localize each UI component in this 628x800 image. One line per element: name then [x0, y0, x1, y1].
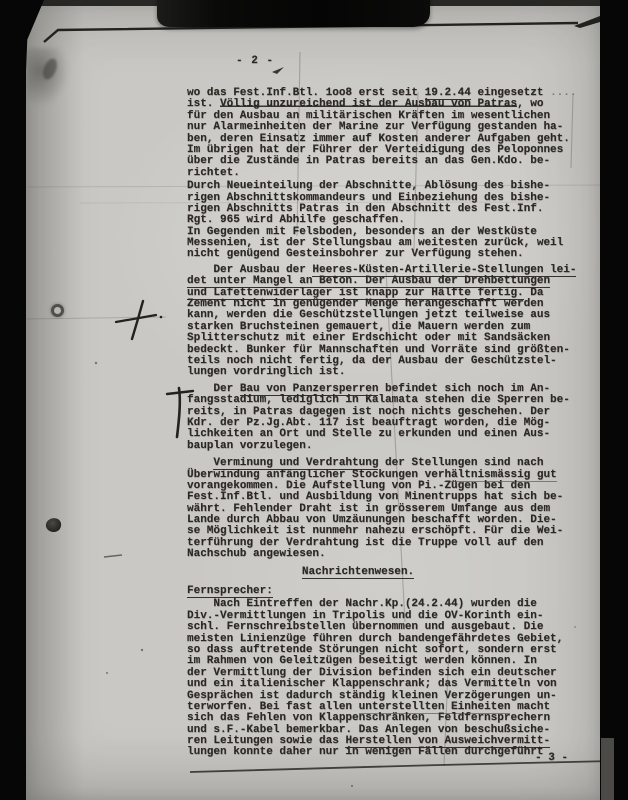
- text-line: über die Zustände in Patras bereits an d…: [187, 156, 591, 167]
- paragraph: Nachrichtenwesen.: [187, 567, 591, 578]
- text-line: bauplan vorzulegen.: [187, 441, 591, 452]
- text-line: Fernsprecher:: [187, 586, 591, 597]
- text-segment: Nachrichtenwesen.: [302, 566, 414, 579]
- text-segment: rigen Abschnittskommandeurs und Einbezie…: [187, 192, 550, 204]
- text-segment: bedeckt. Bunker für Mannschaften und Vor…: [187, 344, 570, 356]
- paragraph: wo das Fest.Inf.Btl. 1oo8 erst seit 19.2…: [187, 88, 591, 179]
- text-line: Nachrichtenwesen.: [187, 567, 529, 578]
- text-segment: lichkeiten an Ort und Stelle zu erkunden…: [187, 428, 550, 440]
- punch-hole: [51, 304, 64, 317]
- binding-edge-shadow: [26, 0, 84, 800]
- text-segment: [187, 457, 213, 469]
- text-segment: im Rahmen von Geleitzügen beseitigt werd…: [187, 655, 537, 667]
- page-number-top: - 2 -: [236, 55, 274, 67]
- text-segment: Splitterschutz mit einer Erdschicht oder…: [187, 332, 550, 344]
- text-segment: schl. Fernschreibstellen übernommen und …: [187, 621, 543, 633]
- text-segment: Rgt. 965 wird Abhilfe geschaffen.: [187, 214, 405, 226]
- text-segment: lungen vordringlich ist.: [187, 366, 345, 378]
- text-segment: für den Ausbau an militärischen Kräften …: [187, 110, 550, 122]
- text-segment: Fest.Inf.Btl. und Ausbildung von Minentr…: [187, 491, 563, 503]
- text-segment: währt. Fehlender Draht ist in grösserem …: [187, 503, 550, 515]
- text-segment: Nachschub angewiesen.: [187, 548, 326, 560]
- text-segment: Der: [187, 383, 240, 395]
- text-segment: starken Bruchsteinen gemauert, die Mauer…: [187, 321, 530, 333]
- text-segment: Durch Neueinteilung der Abschnitte, Ablö…: [187, 180, 550, 192]
- text-segment: , wo: [517, 98, 543, 110]
- text-segment: ben, deren Einsatz immer auf Kosten ande…: [187, 133, 570, 145]
- film-border-right: [600, 0, 628, 800]
- paragraph: Verminung und Verdrahtung der Stellungen…: [187, 458, 591, 561]
- text-segment: befindet sich noch im An-: [378, 383, 550, 395]
- text-segment: Gesprächen ist dadurch ständig kleinen V…: [187, 690, 557, 702]
- text-line: richtet.: [187, 168, 591, 179]
- text-segment: Völlig unzureichend ist der Ausbau von P…: [220, 98, 517, 110]
- text-line: lungen konnte daher nur in wenigen Fälle…: [187, 747, 591, 758]
- paragraph: Der Bau von Panzersperren befindet sich …: [187, 384, 591, 452]
- typewritten-text: wo das Fest.Inf.Btl. 1oo8 erst seit 19.2…: [187, 88, 591, 759]
- text-segment: Nach Eintreffen der Nachr.Kp.(24.2.44) w…: [187, 598, 537, 610]
- text-segment: und ein italienischer Klappenschrank; da…: [187, 678, 557, 690]
- text-segment: nicht genügend Gesteinsbohrer zur Verfüg…: [187, 248, 524, 260]
- text-segment: ist.: [187, 98, 220, 110]
- text-segment: meisten Linienzüge führen durch bandenge…: [187, 633, 563, 645]
- text-line: nicht genügend Gesteinsbohrer zur Verfüg…: [187, 249, 591, 260]
- text-segment: In Gegenden mit Felsboden, besonders an …: [187, 226, 537, 238]
- text-segment: reits, in Patras dagegen ist noch nichts…: [187, 406, 550, 418]
- text-segment: se Möglichkeit ist nunmehr nahezu erschö…: [187, 525, 563, 537]
- text-segment: richtet.: [187, 167, 240, 179]
- text-segment: Überwindung anfänglicher Stockungen ver: [187, 469, 444, 481]
- text-segment: Fernsprecher:: [187, 585, 273, 598]
- text-segment: Da: [524, 287, 544, 299]
- paragraph: Durch Neueinteilung der Abschnitte, Ablö…: [187, 181, 591, 261]
- paragraph: Nach Eintreffen der Nachr.Kp.(24.2.44) w…: [187, 599, 591, 758]
- film-artifact-blob: [157, 0, 430, 27]
- text-segment: und s.F.-Kabel bemerkbar. Das Anlegen vo…: [187, 724, 550, 736]
- text-line: lungen vordringlich ist.: [187, 367, 591, 378]
- text-segment: über die Zustände in Patras bereits an d…: [187, 155, 550, 167]
- text-segment: ....: [543, 87, 576, 99]
- text-segment: lungen konnte daher nur in wenigen Fälle…: [187, 746, 543, 758]
- text-segment: Div.-Vermittlungen in Tripolis und die O…: [187, 610, 543, 622]
- text-segment: sich das Fehlen von Klappenschränken, Fe…: [187, 712, 550, 724]
- text-segment: bauplan vorzulegen.: [187, 440, 312, 452]
- page-number-bottom: - 3 -: [535, 752, 568, 764]
- text-segment: der Vermittlung der Division befinden si…: [187, 667, 557, 679]
- text-segment: der Stellungen sind nach: [378, 457, 543, 469]
- text-segment: nur Alarmeinheiten der Marine zur Verfüg…: [187, 121, 563, 133]
- paragraph: Der Ausbau der Heeres-Küsten-Artillerie-…: [187, 265, 591, 379]
- text-segment: kann, werden die Geschützstellungen jetz…: [187, 309, 550, 321]
- text-segment: fangsstadium, lediglich in Kalamata steh…: [187, 394, 570, 406]
- paragraph: Fernsprecher:: [187, 586, 591, 597]
- film-border-left: [0, 0, 26, 800]
- film-border-right-gray-strip: [601, 738, 614, 800]
- text-line: Nachschub angewiesen.: [187, 549, 591, 560]
- scanned-page: - 2 - wo das Fest.Inf.Btl. 1oo8 erst sei…: [0, 0, 628, 800]
